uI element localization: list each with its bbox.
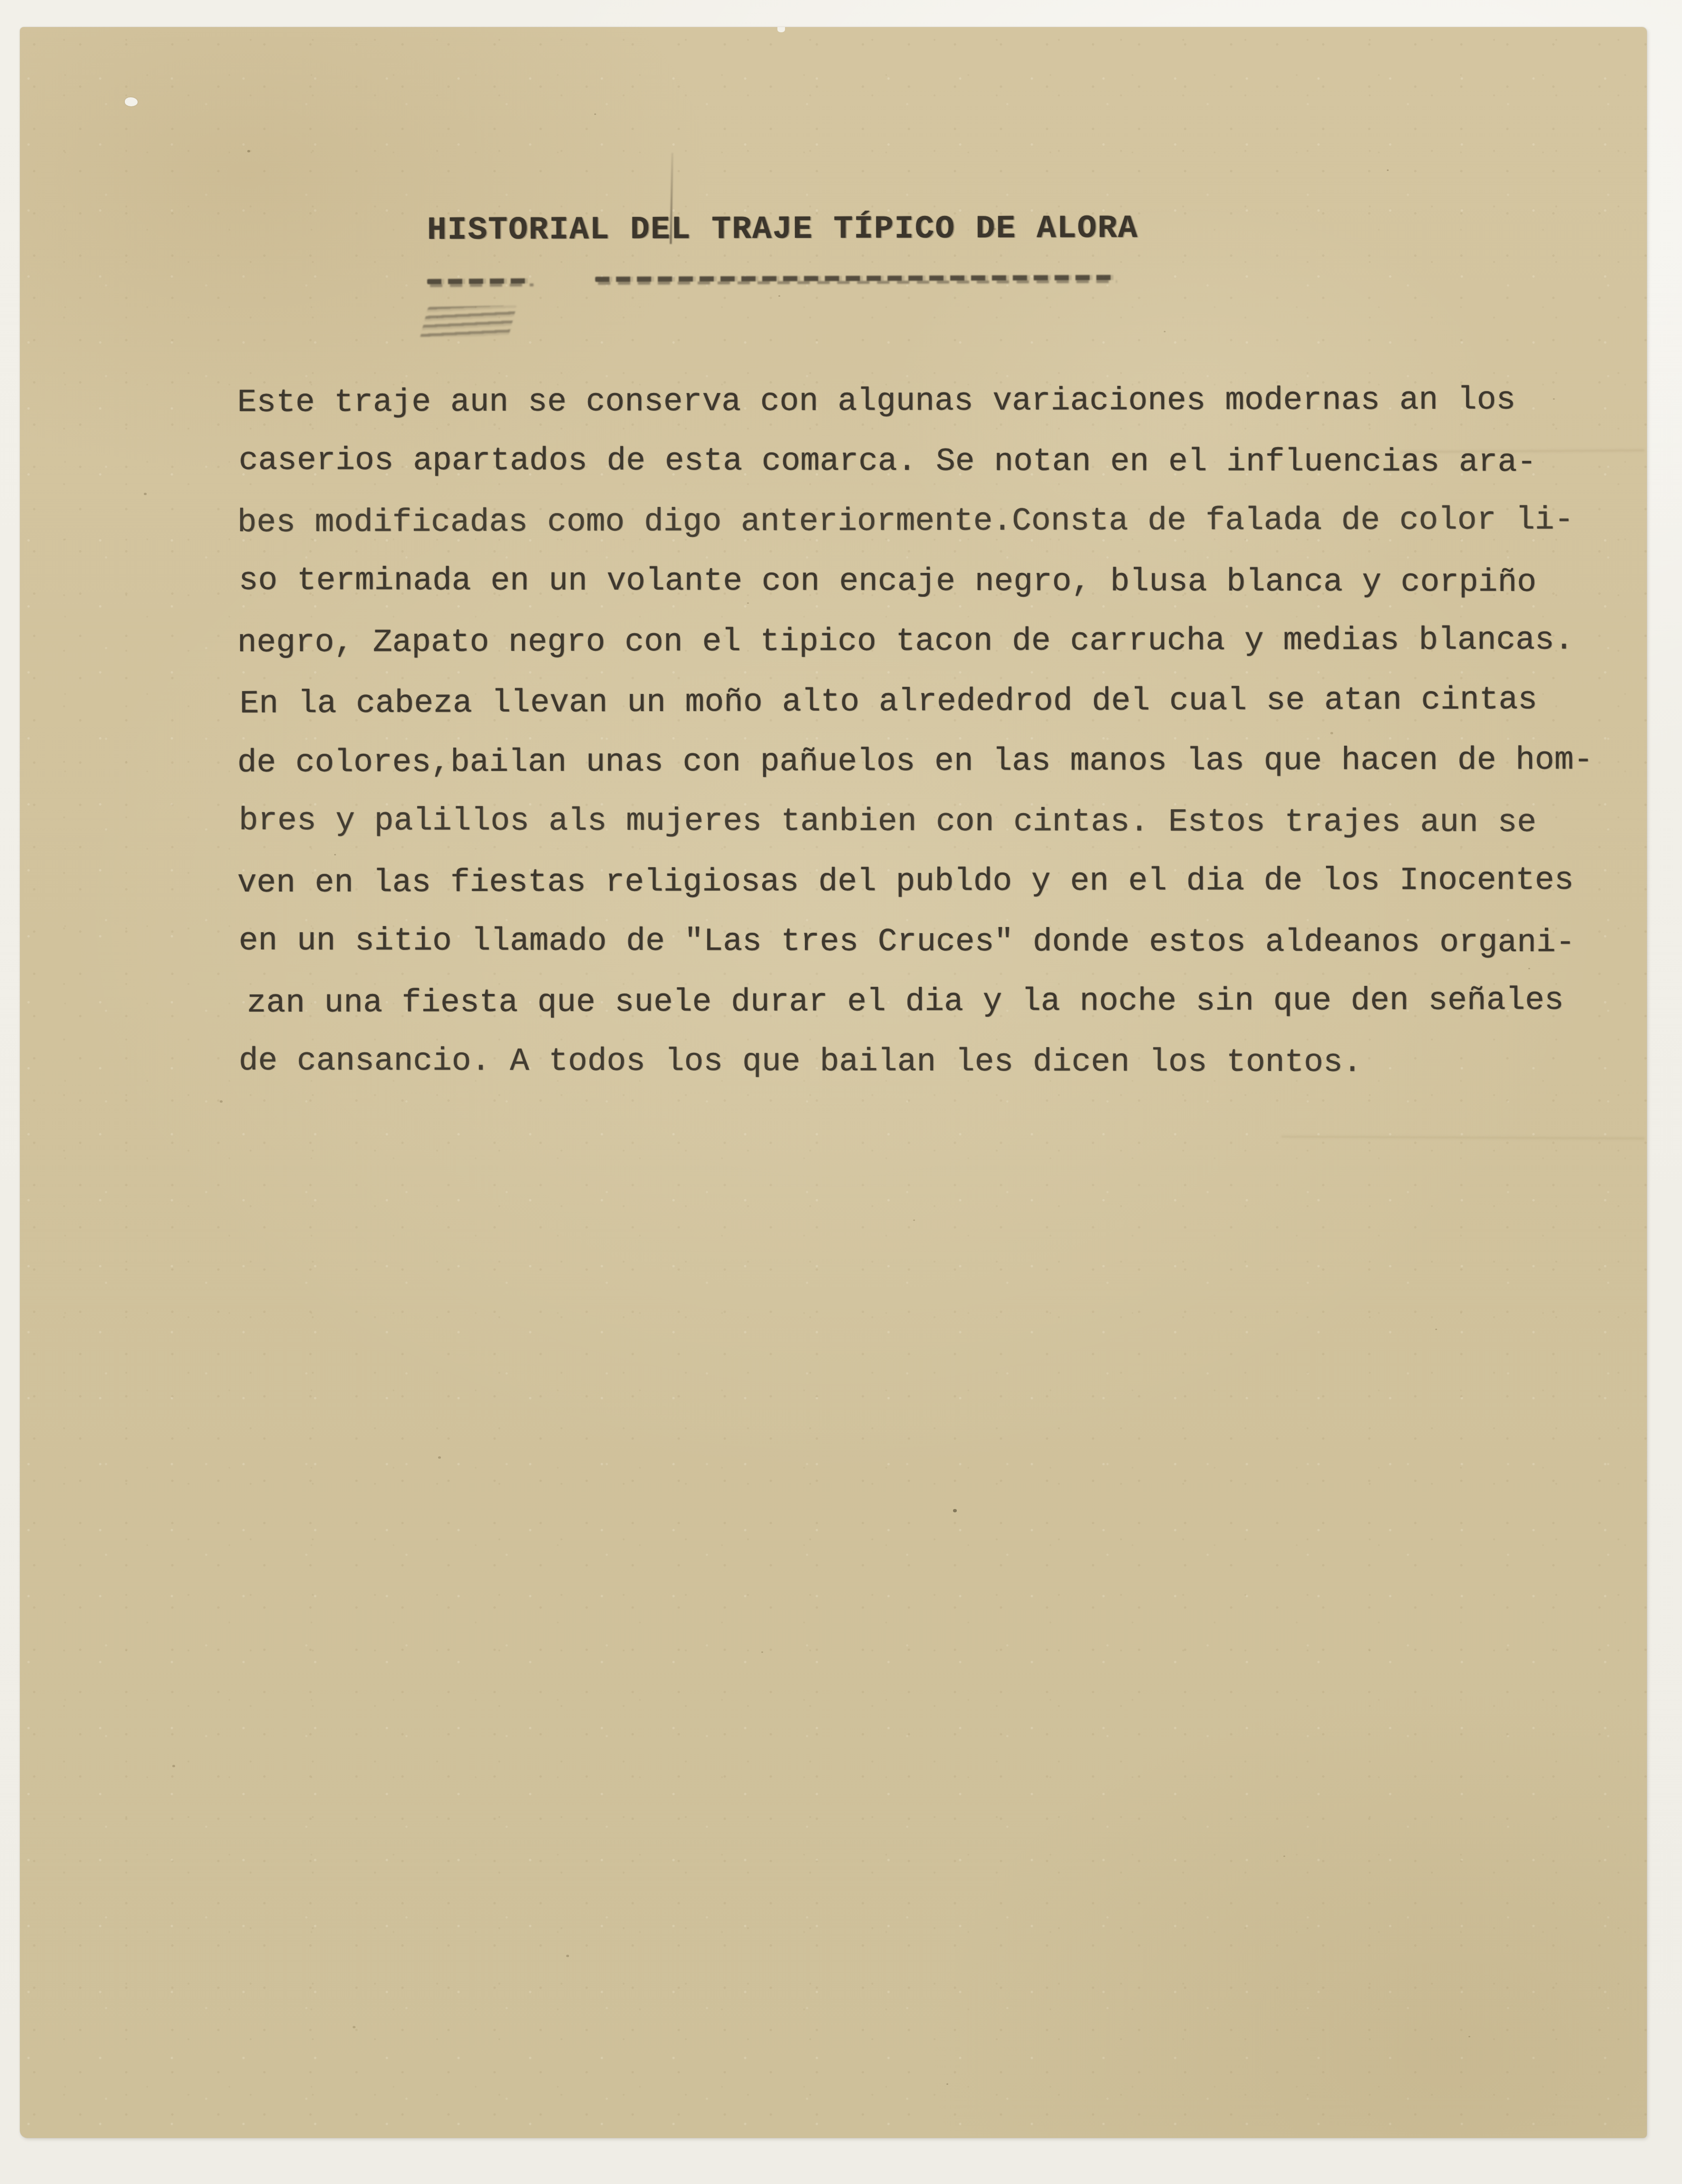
text-line: bes modificadas como digo anteriormente.… <box>237 490 1652 553</box>
text-line: ven en las fiestas religiosas del publdo… <box>237 851 1652 914</box>
text-line: de cansancio. A todos los que bailan les… <box>239 1031 1653 1093</box>
text-line: en un sitio llamado de "Las tres Cruces"… <box>239 911 1653 973</box>
text-line: de colores,bailan unas con pañuelos en l… <box>237 731 1652 794</box>
text-line: bres y palillos als mujeres tanbien con … <box>239 791 1653 853</box>
text-line: zan una fiesta que suele durar el dia y … <box>237 971 1652 1034</box>
paper-crease <box>1281 1136 1645 1139</box>
title-underline-left <box>427 278 532 284</box>
document-title: HISTORIAL DEL TRAJE TÍPICO DE ALORA <box>427 210 1138 249</box>
typewriter-smudge <box>420 305 517 337</box>
paper-hole <box>125 97 138 106</box>
text-line: negro, Zapato negro con el tipico tacon … <box>237 610 1652 674</box>
text-line: Este traje aun se conserva con algunas v… <box>237 370 1652 433</box>
paper-sheet: HISTORIAL DEL TRAJE TÍPICO DE ALORA Este… <box>20 27 1647 2138</box>
text-line: En la cabeza llevan un moño alto alreded… <box>240 670 1654 734</box>
text-line: so terminada en un volante con encaje ne… <box>239 551 1653 613</box>
text-line: caserios apartados de esta comarca. Se n… <box>239 431 1653 493</box>
body-paragraph: Este traje aun se conserva con algunas v… <box>237 372 1652 1092</box>
title-underline-right <box>595 275 1115 282</box>
paper-chip <box>777 27 785 32</box>
paper-specks <box>20 27 22 28</box>
